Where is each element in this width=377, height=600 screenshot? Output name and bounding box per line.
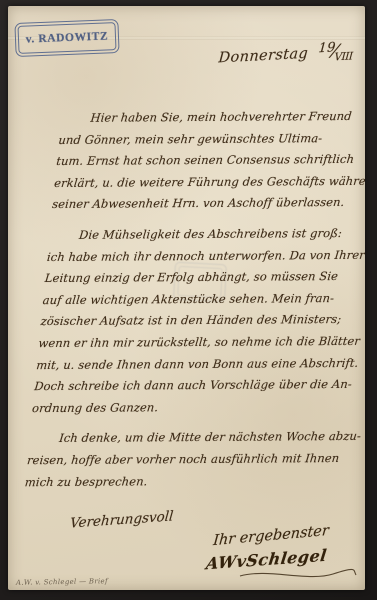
date-line: Donnerstag 19 ⁄ VIII xyxy=(138,42,354,71)
manuscript-line: auf alle wichtigen Aktenstücke sehen. Me… xyxy=(41,291,351,315)
stamp-inner-frame: v. RADOWITZ xyxy=(17,22,116,54)
manuscript-line: zösischer Aufsatz ist in den Händen des … xyxy=(39,312,349,336)
signature-flourish xyxy=(238,566,358,584)
manuscript-line: Hier haben Sie, mein hochverehrter Freun… xyxy=(59,109,365,133)
letter-page: v. RADOWITZ Donnerstag 19 ⁄ VIII Hier ha… xyxy=(8,6,365,590)
manuscript-line: Die Mühseligkeit des Abschreibens ist gr… xyxy=(48,226,358,250)
date-fraction: 19 ⁄ VIII xyxy=(317,42,353,62)
manuscript-line: Ich denke, um die Mitte der nächsten Woc… xyxy=(28,429,338,453)
stamp-label: v. RADOWITZ xyxy=(25,30,108,45)
manuscript-line: mich zu besprechen. xyxy=(24,473,334,497)
paragraph: Hier haben Sie, mein hochverehrter Freun… xyxy=(51,109,365,219)
manuscript-line: seiner Abwesenheit Hrn. von Aschoff über… xyxy=(51,195,361,219)
manuscript-line: Doch schreibe ich dann auch Vorschläge ü… xyxy=(33,377,343,401)
date-day: Donnerstag xyxy=(218,46,309,67)
manuscript-line: ordnung des Ganzen. xyxy=(31,399,341,423)
manuscript-line: reisen, hoffe aber vorher noch ausführli… xyxy=(26,451,336,475)
manuscript-line: mit, u. sende Ihnen dann von Bonn aus ei… xyxy=(35,355,345,379)
manuscript-line: Leitung einzig der Erfolg abhängt, so mü… xyxy=(44,269,354,293)
archival-note: A.W. v. Schlegel — Brief xyxy=(16,577,108,587)
manuscript-line: erklärt, u. die weitere Führung des Gesc… xyxy=(53,174,363,198)
ownership-stamp: v. RADOWITZ xyxy=(14,19,119,57)
manuscript-line: ich habe mich ihr dennoch unterworfen. D… xyxy=(46,247,356,271)
closing-salutation: Ihr ergebenster xyxy=(213,523,330,549)
valediction: Verehrungsvoll xyxy=(69,508,174,531)
manuscript-line: tum. Ernst hat schon seinen Consensus sc… xyxy=(55,152,365,176)
date-numerator: 19 xyxy=(318,41,336,55)
date-denominator: VIII xyxy=(334,51,353,62)
letter-body: Hier haben Sie, mein hochverehrter Freun… xyxy=(23,109,365,506)
manuscript-line: und Gönner, mein sehr gewünschtes Ultima… xyxy=(57,130,365,154)
manuscript-line: wenn er ihn mir zurückstellt, so nehme i… xyxy=(37,334,347,358)
paragraph: Die Mühseligkeit des Abschreibens ist gr… xyxy=(31,226,358,423)
paragraph: Ich denke, um die Mitte der nächsten Woc… xyxy=(24,429,338,496)
